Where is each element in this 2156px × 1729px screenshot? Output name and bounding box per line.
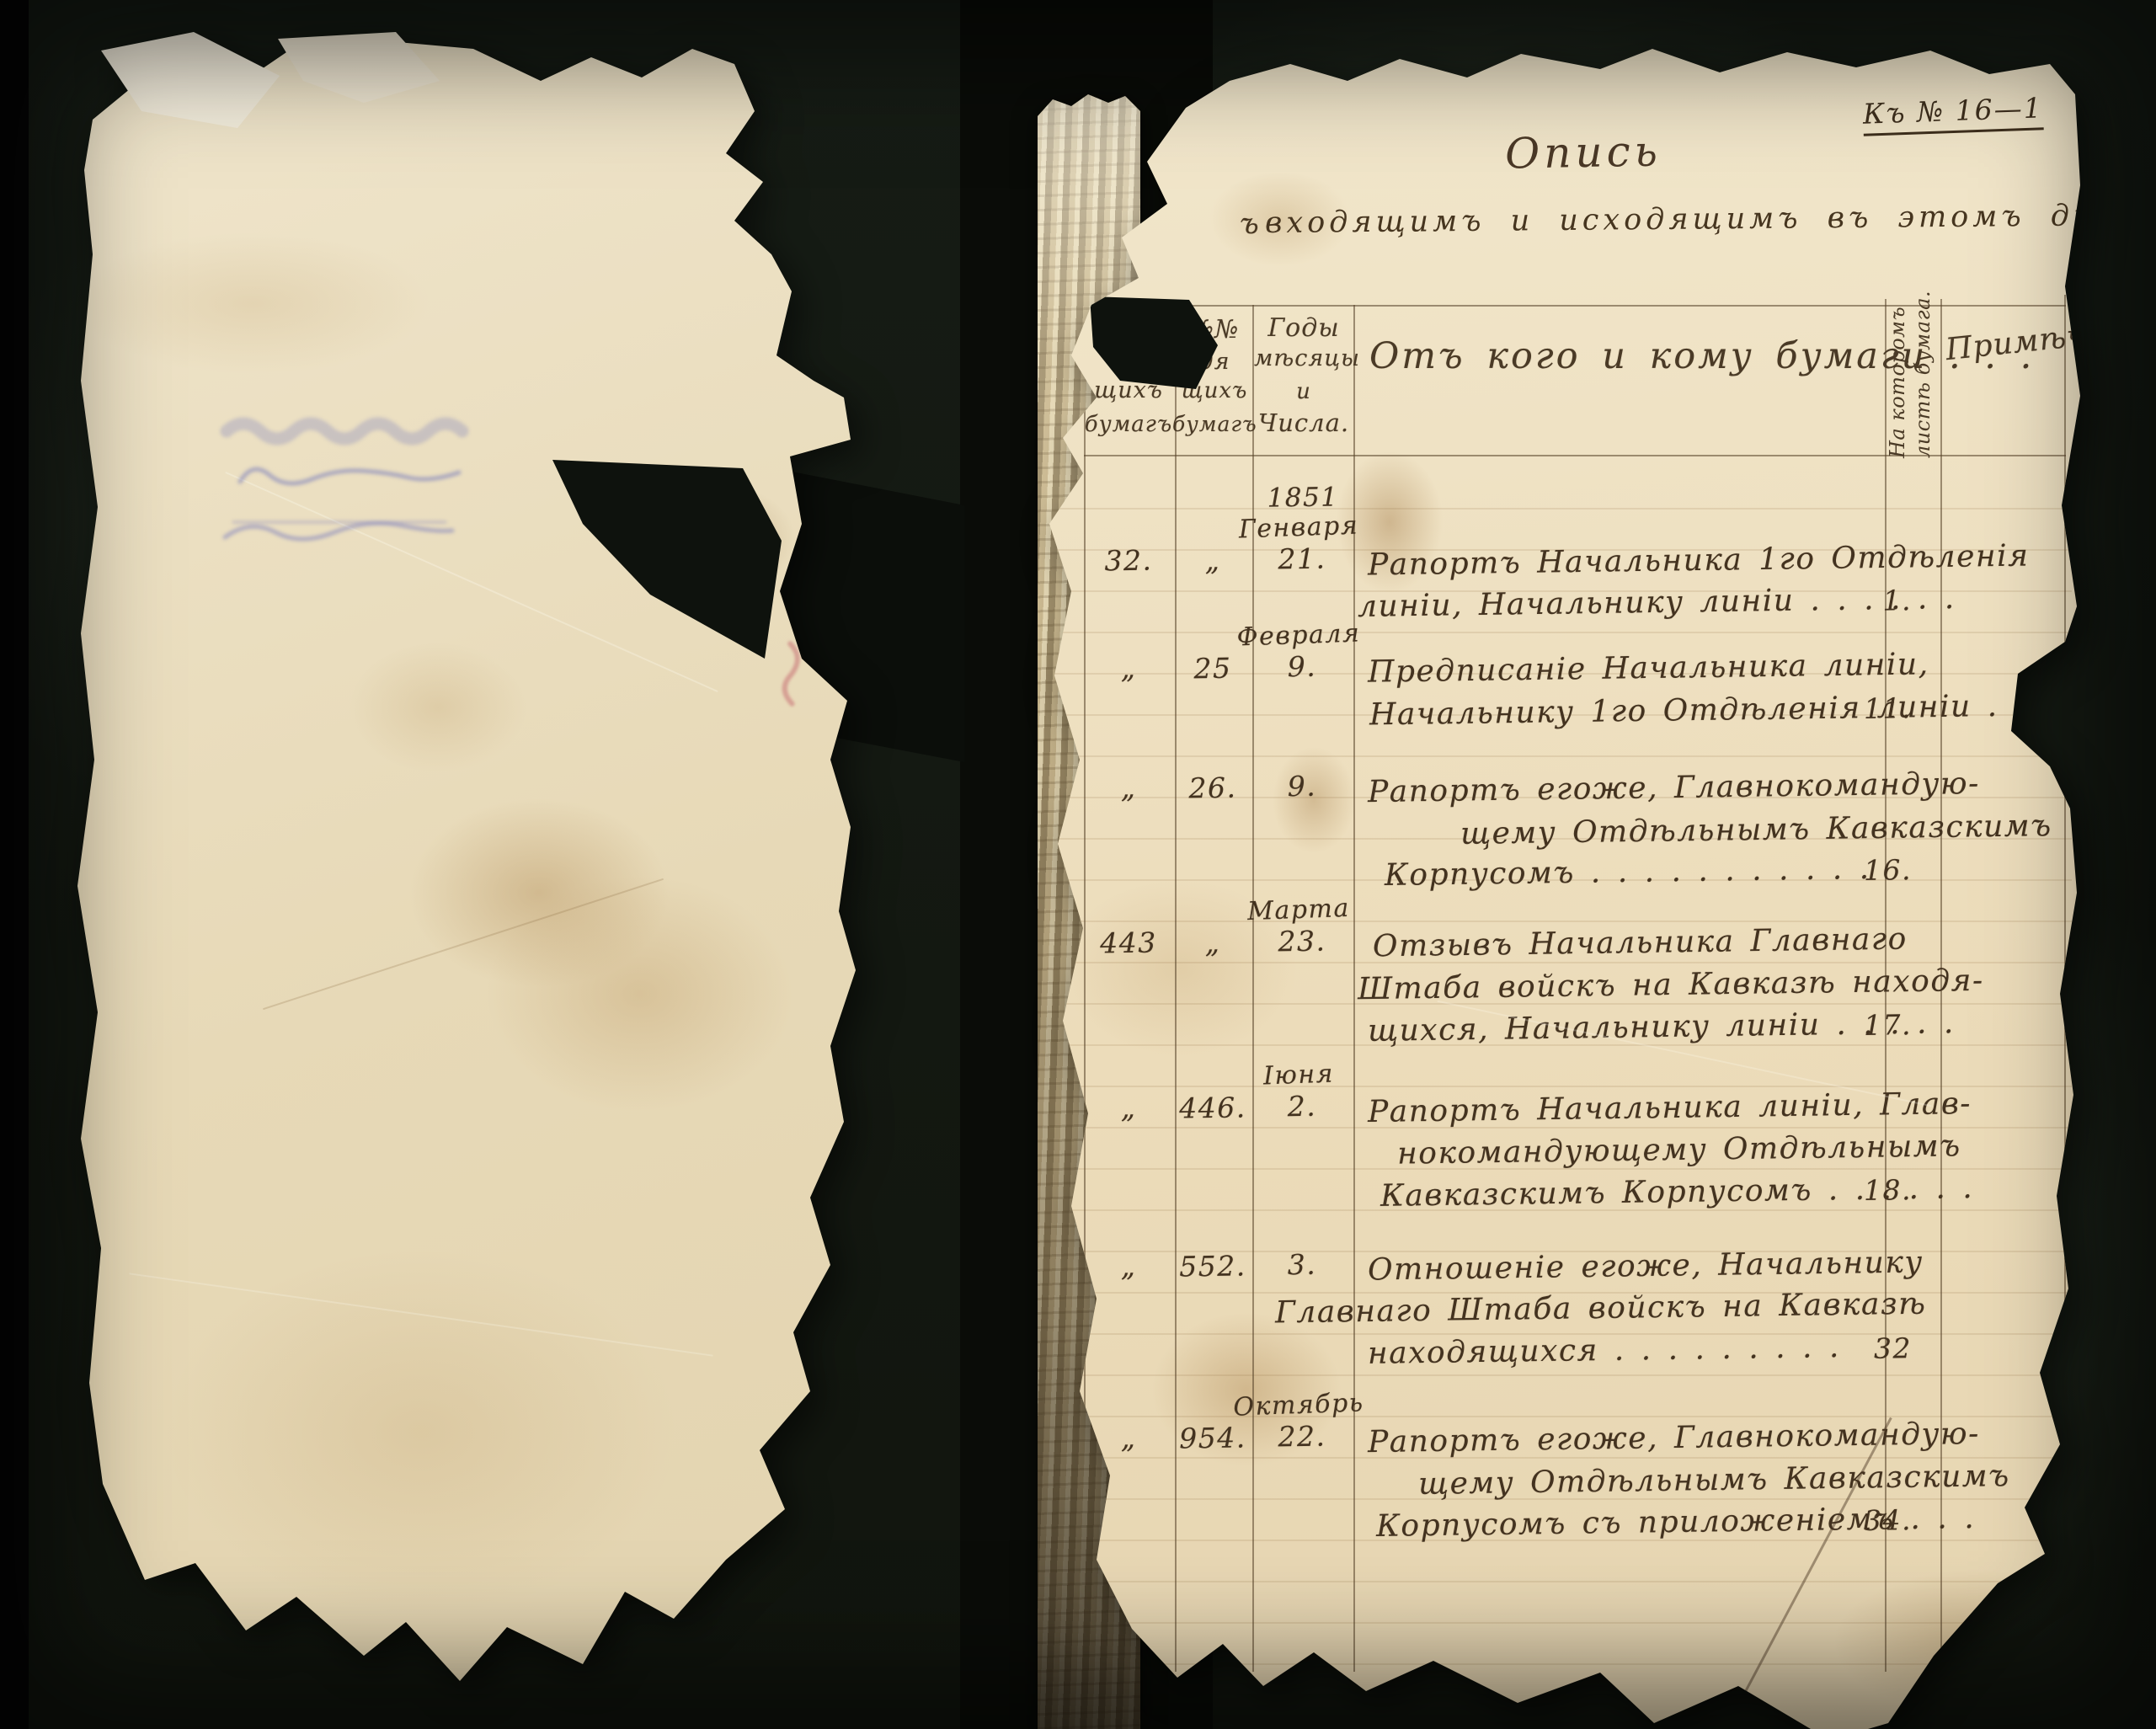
entry-sheet-number: 17.: [1811, 1010, 1912, 1042]
right-page: Къ № 16—1 Опись ъ входящимъ и исходящимъ…: [0, 0, 2156, 1729]
entry-month: Марта: [1214, 894, 1383, 927]
entry-incoming-number: 32.: [1085, 545, 1172, 577]
page-title: Опись: [1432, 125, 1736, 179]
entry-outgoing-number: 954.: [1176, 1422, 1250, 1454]
entry-text-line: Отзывъ Начальника Главнаго: [1373, 923, 1908, 963]
entry-sheet-number: 32: [1811, 1333, 1912, 1365]
entry-text-line: находящихся . . . . . . . . .: [1368, 1331, 1840, 1370]
archival-book-spread: Къ № 16—1 Опись ъ входящимъ и исходящимъ…: [0, 0, 2156, 1729]
col-header-date: мѣсяцы: [1254, 345, 1353, 371]
entry-incoming-number: „: [1085, 1422, 1172, 1454]
col-header-incoming: бумагъ: [1080, 412, 1177, 437]
col-header-sheet-number: На которомъ листѣ бумага.: [1885, 310, 1940, 458]
entry-month: Февраля: [1214, 619, 1383, 653]
table-rule-line: [2064, 295, 2066, 1672]
entry-year: 1851: [1231, 483, 1374, 513]
entry-month: Генваря: [1214, 511, 1383, 545]
entry-day: 2.: [1253, 1091, 1351, 1123]
entry-day: 3.: [1253, 1249, 1351, 1281]
entry-outgoing-number: 552.: [1176, 1251, 1250, 1283]
entry-month: Октябрь: [1214, 1389, 1383, 1422]
entry-day: 9.: [1253, 771, 1351, 803]
col-header-outgoing: бумагъ: [1172, 412, 1257, 436]
entry-sheet-number: 18.: [1811, 1175, 1912, 1207]
entry-incoming-number: „: [1085, 1092, 1172, 1124]
col-header-remarks: Примѣч.: [1944, 321, 2065, 367]
entry-outgoing-number: „: [1176, 545, 1250, 577]
entry-incoming-number: 443: [1085, 927, 1172, 959]
entry-day: 9.: [1253, 651, 1351, 683]
col-header-date: Годы: [1254, 313, 1353, 343]
inventory-sheet: Къ № 16—1 Опись ъ входящимъ и исходящимъ…: [0, 0, 2156, 1729]
entry-day: 21.: [1253, 543, 1351, 575]
entry-outgoing-number: 25: [1176, 653, 1250, 685]
subtitle-torn-fragment: ъ: [1240, 209, 1261, 241]
entry-outgoing-number: 446.: [1176, 1092, 1250, 1124]
entry-sheet-number: 11.: [1811, 693, 1912, 725]
entry-sheet-number: 16.: [1811, 855, 1912, 887]
entry-text-line: Корпусомъ . . . . . . . . . . .: [1385, 852, 1870, 893]
table-rule-line: [1175, 305, 1177, 1672]
corner-file-note: Къ № 16—1: [1862, 91, 2043, 136]
entry-day: 23.: [1253, 926, 1351, 958]
col-header-date: Числа.: [1254, 408, 1353, 437]
col-header-date: и: [1254, 379, 1353, 404]
entry-outgoing-number: 26.: [1176, 772, 1250, 804]
entry-incoming-number: „: [1085, 1251, 1172, 1283]
entry-incoming-number: „: [1085, 653, 1172, 685]
col-header-sheet-line: На которомъ: [1885, 310, 1910, 458]
entry-month: Іюня: [1214, 1059, 1383, 1092]
page-subtitle: входящимъ и исходящимъ въ этомъ дѣлѣ на-: [1265, 198, 2156, 240]
entry-outgoing-number: „: [1176, 927, 1250, 959]
entry-incoming-number: „: [1085, 772, 1172, 804]
entry-sheet-number: 1.: [1811, 585, 1912, 617]
col-header-sheet-line: листѣ бумага.: [1910, 310, 1935, 458]
entry-day: 22.: [1253, 1421, 1351, 1453]
entry-sheet-number: 34.: [1811, 1505, 1912, 1537]
